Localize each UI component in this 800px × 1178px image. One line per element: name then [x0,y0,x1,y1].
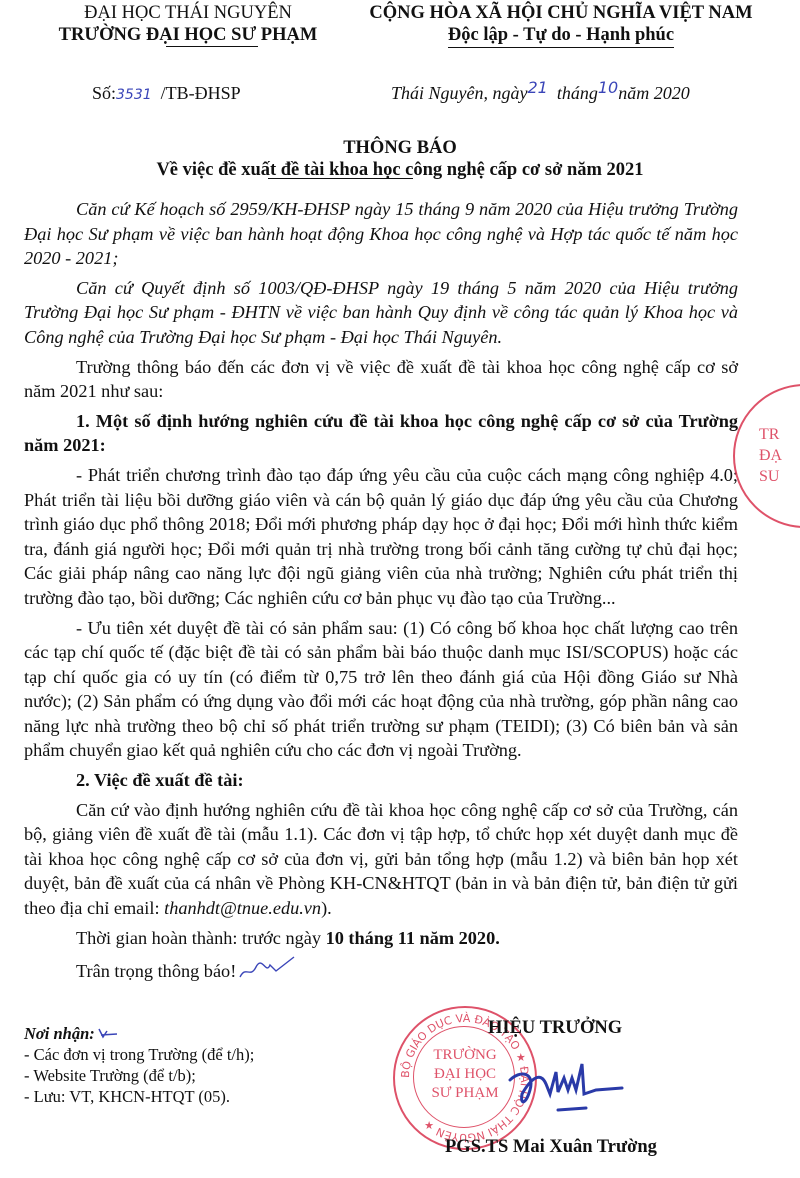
side-seal-line-1: TR [759,424,782,445]
section-2-heading: 2. Việc đề xuất đề tài: [24,768,738,793]
issuing-organization: ĐẠI HỌC THÁI NGUYÊN TRƯỜNG ĐẠI HỌC SƯ PH… [38,2,338,46]
document-body: Căn cứ Kế hoạch số 2959/KH-ĐHSP ngày 15 … [24,197,738,990]
intro-paragraph: Trường thông báo đến các đơn vị về việc … [24,355,738,404]
header-underline [166,46,258,47]
deadline-value: 10 tháng 11 năm 2020. [326,928,500,948]
handwritten-doc-number: 3531 [116,87,152,103]
checkmark-initial-icon [95,1025,119,1039]
closing-text: Trân trọng thông báo! [76,961,236,981]
date-place: Thái Nguyên, ngày [391,83,528,103]
section-2-tail: ). [321,898,332,918]
nation-title: CỘNG HÒA XÃ HỘI CHỦ NGHĨA VIỆT NAM [336,2,786,24]
legal-basis-2: Căn cứ Quyết định số 1003/QĐ-ĐHSP ngày 1… [24,276,738,350]
initials-signature-icon [236,955,296,985]
document-date: Thái Nguyên, ngày21 tháng10năm 2020 [391,83,690,104]
signer-name: PGS.TS Mai Xuân Trường [445,1137,657,1158]
section-2-text: Căn cứ vào định hướng nghiên cứu đề tài … [24,798,738,921]
contact-email-link[interactable]: thanhdt@tnue.edu.vn [164,898,321,918]
side-seal-line-2: ĐẠ [759,445,782,466]
legal-basis-1: Căn cứ Kế hoạch số 2959/KH-ĐHSP ngày 15 … [24,197,738,271]
organization-name: TRƯỜNG ĐẠI HỌC SƯ PHẠM [38,24,338,46]
document-number: Số:3531 /TB-ĐHSP [92,83,241,104]
title-main: THÔNG BÁO [0,137,800,159]
document-title: THÔNG BÁO Về việc đề xuất đề tài khoa họ… [0,137,800,181]
date-year: năm 2020 [618,83,690,103]
handwritten-day: 21 [528,78,548,97]
title-underline [268,178,413,179]
closing-line: Trân trọng thông báo! [24,955,738,985]
handwritten-signature-icon [500,1050,640,1120]
section-1-item-1: - Phát triển chương trình đào tạo đáp ứn… [24,463,738,611]
national-header: CỘNG HÒA XÃ HỘI CHỦ NGHĨA VIỆT NAM Độc l… [336,2,786,46]
recipients-block: Nơi nhận: - Các đơn vị trong Trường (để … [24,1023,254,1107]
deadline: Thời gian hoàn thành: trước ngày 10 thán… [24,926,738,951]
signer-role: HIỆU TRƯỞNG [488,1018,622,1039]
recipients-label: Nơi nhận: [24,1024,95,1043]
section-1-heading: 1. Một số định hướng nghiên cứu đề tài k… [24,409,738,458]
doc-number-prefix: Số: [92,83,116,103]
date-month-label: tháng [557,83,598,103]
side-seal-partial: TR ĐẠ SU [733,384,800,528]
handwritten-month: 10 [598,78,618,97]
section-2-body: Căn cứ vào định hướng nghiên cứu đề tài … [24,800,738,918]
recipient-item: - Các đơn vị trong Trường (để t/h); [24,1044,254,1065]
side-seal-line-3: SU [759,466,782,487]
parent-organization: ĐẠI HỌC THÁI NGUYÊN [38,2,338,24]
deadline-label: Thời gian hoàn thành: trước ngày [76,928,326,948]
recipient-item: - Website Trường (để t/b); [24,1065,254,1086]
national-motto: Độc lập - Tự do - Hạnh phúc [448,25,674,48]
section-1-item-2: - Ưu tiên xét duyệt đề tài có sản phẩm s… [24,616,738,764]
doc-number-suffix: /TB-ĐHSP [161,83,241,103]
recipient-item: - Lưu: VT, KHCN-HTQT (05). [24,1086,254,1107]
